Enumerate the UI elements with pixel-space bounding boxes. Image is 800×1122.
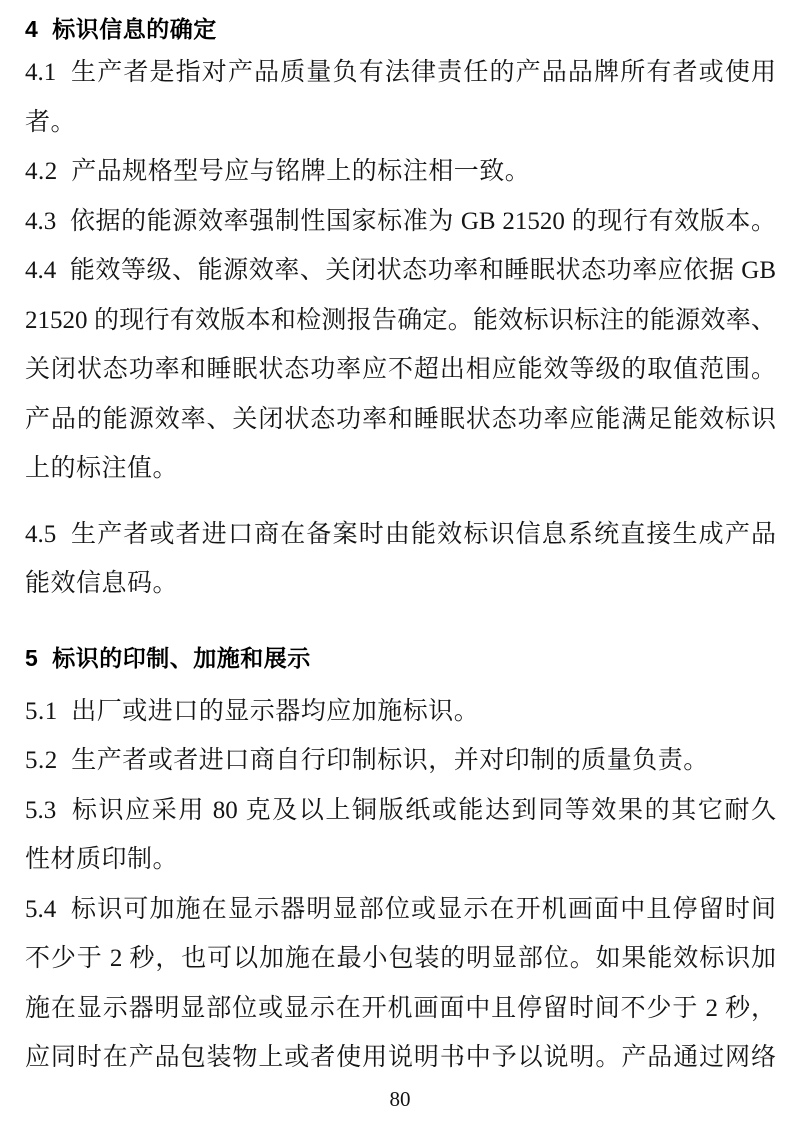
clause-4-2-line-1: 4.2 产品规格型号应与铭牌上的标注相一致。 [25, 147, 776, 197]
clause-5-4-line-2: 不少于 2 秒，也可以加施在最小包装的明显部位。如果能效标识加 [25, 934, 776, 984]
clause-5-1: 5.1 出厂或进口的显示器均应加施标识。 [25, 687, 776, 737]
section-5-number: 5 [25, 645, 38, 671]
clause-5-2-line-1: 5.2 生产者或者进口商自行印制标识，并对印制的质量负责。 [25, 736, 776, 786]
section-5-heading: 5标识的印制、加施和展示 [25, 637, 776, 679]
clause-5-1-line-1: 5.1 出厂或进口的显示器均应加施标识。 [25, 687, 776, 737]
clause-4-2: 4.2 产品规格型号应与铭牌上的标注相一致。 [25, 147, 776, 197]
section-5: 5标识的印制、加施和展示 5.1 出厂或进口的显示器均应加施标识。 5.2 生产… [25, 637, 776, 1083]
clause-4-1-line-1: 4.1 生产者是指对产品质量负有法律责任的产品品牌所有者或使用 [25, 48, 776, 98]
section-4-heading: 4标识信息的确定 [25, 10, 776, 48]
clause-5-4-line-1: 5.4 标识可加施在显示器明显部位或显示在开机画面中且停留时间 [25, 885, 776, 935]
clause-5-4-line-3: 施在显示器明显部位或显示在开机画面中且停留时间不少于 2 秒， [25, 984, 776, 1034]
clause-4-4-line-2: 21520 的现行有效版本和检测报告确定。能效标识标注的能源效率、 [25, 296, 776, 346]
clause-5-4-line-4: 应同时在产品包装物上或者使用说明书中予以说明。产品通过网络 [25, 1033, 776, 1083]
page-number: 80 [0, 1084, 800, 1114]
clause-5-2: 5.2 生产者或者进口商自行印制标识，并对印制的质量负责。 [25, 736, 776, 786]
clause-4-1: 4.1 生产者是指对产品质量负有法律责任的产品品牌所有者或使用 者。 [25, 48, 776, 147]
section-4-title: 标识信息的确定 [52, 16, 217, 42]
clause-4-4-line-1: 4.4 能效等级、能源效率、关闭状态功率和睡眠状态功率应依据 GB [25, 246, 776, 296]
clause-4-4: 4.4 能效等级、能源效率、关闭状态功率和睡眠状态功率应依据 GB 21520 … [25, 246, 776, 494]
clause-4-3: 4.3 依据的能源效率强制性国家标准为 GB 21520 的现行有效版本。 [25, 197, 776, 247]
clause-5-3: 5.3 标识应采用 80 克及以上铜版纸或能达到同等效果的其它耐久 性材质印制。 [25, 786, 776, 885]
section-4-number: 4 [25, 16, 38, 42]
clause-4-5-line-1: 4.5 生产者或者进口商在备案时由能效标识信息系统直接生成产品 [25, 510, 776, 560]
document-page: 4标识信息的确定 4.1 生产者是指对产品质量负有法律责任的产品品牌所有者或使用… [0, 0, 800, 1122]
clause-4-4-line-3: 关闭状态功率和睡眠状态功率应不超出相应能效等级的取值范围。 [25, 345, 776, 395]
clause-5-4: 5.4 标识可加施在显示器明显部位或显示在开机画面中且停留时间 不少于 2 秒，… [25, 885, 776, 1083]
section-5-title: 标识的印制、加施和展示 [52, 645, 311, 671]
clause-4-4-line-5: 上的标注值。 [25, 444, 776, 494]
clause-5-3-line-2: 性材质印制。 [25, 835, 776, 885]
clause-4-4-line-4: 产品的能源效率、关闭状态功率和睡眠状态功率应能满足能效标识 [25, 395, 776, 445]
clause-4-5: 4.5 生产者或者进口商在备案时由能效标识信息系统直接生成产品 能效信息码。 [25, 510, 776, 609]
section-4: 4标识信息的确定 4.1 生产者是指对产品质量负有法律责任的产品品牌所有者或使用… [25, 10, 776, 609]
clause-5-3-line-1: 5.3 标识应采用 80 克及以上铜版纸或能达到同等效果的其它耐久 [25, 786, 776, 836]
clause-4-1-line-2: 者。 [25, 98, 776, 148]
clause-4-5-line-2: 能效信息码。 [25, 559, 776, 609]
clause-4-3-line-1: 4.3 依据的能源效率强制性国家标准为 GB 21520 的现行有效版本。 [25, 197, 776, 247]
